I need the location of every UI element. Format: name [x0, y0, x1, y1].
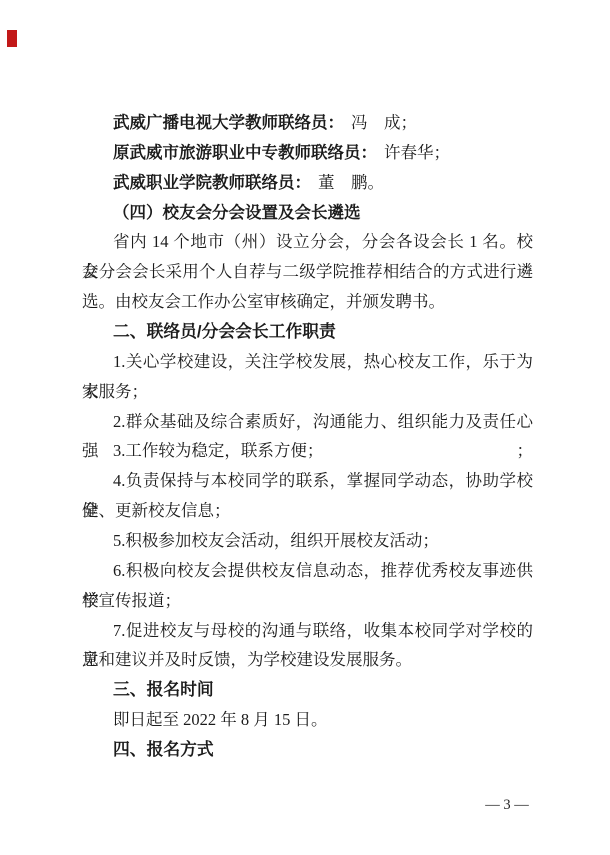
- duty-line: 家服务；: [82, 377, 533, 407]
- document-body: 武威广播电视大学教师联络员：冯 成； 原武威市旅游职业中专教师联络员：许春华； …: [82, 108, 533, 765]
- liaison-name: 冯 成；: [351, 113, 417, 132]
- paragraph-line: 会分会会长采用个人自荐与二级学院推荐相结合的方式进行遴: [82, 257, 533, 287]
- duty-line: 7.促进校友与母校的沟通与联络，收集本校同学对学校的意: [82, 616, 533, 646]
- liaison-label: 武威广播电视大学教师联络员：: [113, 113, 344, 132]
- liaison-name: 董 鹏。: [318, 173, 384, 192]
- page-number: — 3 —: [470, 794, 544, 816]
- liaison-label: 武威职业学院教师联络员：: [113, 173, 311, 192]
- duty-line: 1.关心学校建设，关注学校发展，热心校友工作，乐于为大: [82, 347, 533, 377]
- section-3-heading: 三、报名时间: [82, 675, 533, 705]
- duty-line: 2.群众基础及综合素质好，沟通能力、组织能力及责任心强；: [82, 407, 533, 437]
- duty-line: 见和建议并及时反馈，为学校建设发展服务。: [82, 645, 533, 675]
- duty-line: 4.负责保持与本校同学的联系，掌握同学动态，协助学校健: [82, 466, 533, 496]
- paragraph-line: 省内 14 个地市（州）设立分会，分会各设会长 1 名。校友: [82, 227, 533, 257]
- red-corner-mark: [7, 30, 17, 47]
- liaison-line: 原武威市旅游职业中专教师联络员：许春华；: [82, 138, 533, 168]
- section-2-heading: 二、联络员/分会会长工作职责: [82, 317, 533, 347]
- duty-line: 校宣传报道；: [82, 586, 533, 616]
- duty-line: 全、更新校友信息；: [82, 496, 533, 526]
- liaison-line: 武威广播电视大学教师联络员：冯 成；: [82, 108, 533, 138]
- liaison-line: 武威职业学院教师联络员：董 鹏。: [82, 168, 533, 198]
- paragraph-line: 选。由校友会工作办公室审核确定，并颁发聘书。: [82, 287, 533, 317]
- deadline-line: 即日起至 2022 年 8 月 15 日。: [82, 705, 533, 735]
- liaison-name: 许春华；: [384, 143, 450, 162]
- duty-line: 6.积极向校友会提供校友信息动态，推荐优秀校友事迹供学: [82, 556, 533, 586]
- document-page: 武威广播电视大学教师联络员：冯 成； 原武威市旅游职业中专教师联络员：许春华； …: [0, 0, 610, 855]
- duty-line: 5.积极参加校友会活动，组织开展校友活动；: [82, 526, 533, 556]
- liaison-label: 原武威市旅游职业中专教师联络员：: [113, 143, 377, 162]
- section-4-heading: 四、报名方式: [82, 735, 533, 765]
- section-d-heading: （四）校友会分会设置及会长遴选: [82, 198, 533, 228]
